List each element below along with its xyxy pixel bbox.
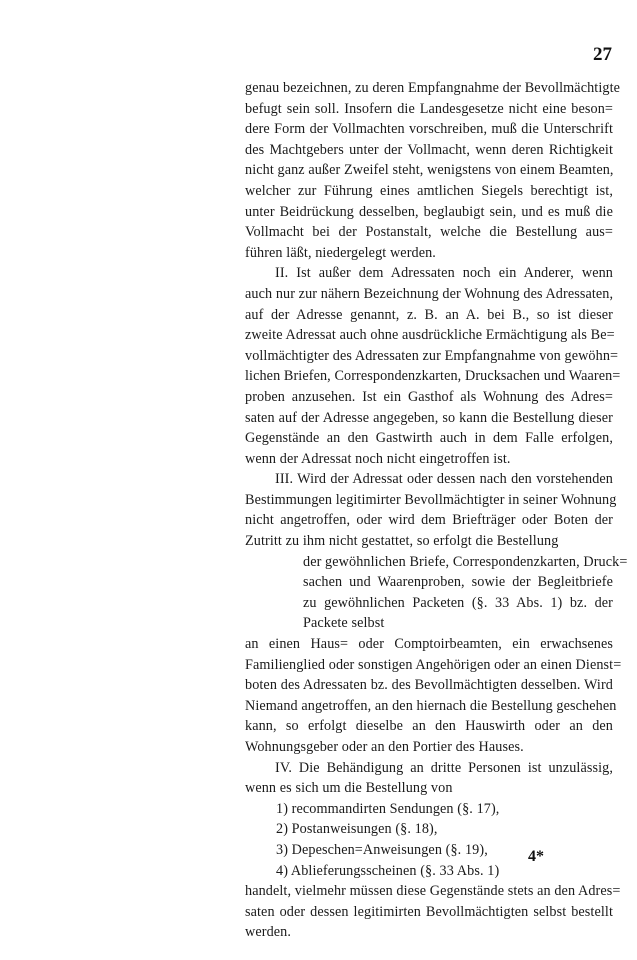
text-line: Gegenstände an den Gastwirth auch in dem… [245,428,613,449]
text-line: Vollmacht bei der Postanstalt, welche di… [245,222,613,243]
text-line: welcher zur Führung eines amtlichen Sieg… [245,181,613,202]
text-line: zu gewöhnlichen Packeten (§. 33 Abs. 1) … [245,593,613,614]
paragraph-section-iv: IV. Die Behändigung an dritte Personen i… [245,758,613,799]
text-line: proben anzusehen. Ist ein Gasthof als Wo… [245,387,613,408]
text-line: III. Wird der Adressat oder dessen nach … [245,469,613,490]
text-line: sachen und Waarenproben, sowie der Begle… [245,572,613,593]
text-line: lichen Briefen, Correspondenzkarten, Dru… [245,366,613,387]
text-line: IV. Die Behändigung an dritte Personen i… [245,758,613,779]
text-line: Zutritt zu ihm nicht gestattet, so erfol… [245,531,613,552]
section-iii-indented-block: der gewöhnlichen Briefe, Correspondenzka… [245,552,613,634]
list-item: 3) Depeschen=Anweisungen (§. 19), [245,840,613,861]
list-item: 4) Ablieferungsscheinen (§. 33 Abs. 1) [245,861,613,882]
text-line: werden. [245,922,613,943]
text-line: vollmächtigter des Adressaten zur Empfan… [245,346,613,367]
text-line: der gewöhnlichen Briefe, Correspondenzka… [245,552,613,573]
text-line: des Machtgebers unter der Vollmacht, wen… [245,140,613,161]
text-line: zweite Adressat auch ohne ausdrückliche … [245,325,613,346]
text-line: II. Ist außer dem Adressaten noch ein An… [245,263,613,284]
paragraph-continuation: genau bezeichnen, zu deren Empfangnahme … [245,78,613,263]
text-line: wenn der Adressat noch nicht eingetroffe… [245,449,613,470]
text-line: dere Form der Vollmachten vorschreiben, … [245,119,613,140]
text-line: genau bezeichnen, zu deren Empfangnahme … [245,78,613,99]
text-line: handelt, vielmehr müssen diese Gegenstän… [245,881,613,902]
text-line: Wohnungsgeber oder an den Portier des Ha… [245,737,613,758]
text-line: saten auf der Adresse angegeben, so kann… [245,408,613,429]
text-line: Packete selbst [245,613,613,634]
text-line: wenn es sich um die Bestellung von [245,778,613,799]
list-item: 2) Postanweisungen (§. 18), [245,819,613,840]
page-body: genau bezeichnen, zu deren Empfangnahme … [245,78,613,943]
paragraph-section-iii: III. Wird der Adressat oder dessen nach … [245,469,613,551]
text-line: auch nur zur nähern Bezeichnung der Wohn… [245,284,613,305]
text-line: kann, so erfolgt dieselbe an den Hauswir… [245,716,613,737]
text-line: Bestimmungen legitimirter Bevollmächtigt… [245,490,613,511]
text-line: Niemand angetroffen, an den hiernach die… [245,696,613,717]
text-line: führen läßt, niedergelegt werden. [245,243,613,264]
text-line: boten des Adressaten bz. des Bevollmächt… [245,675,613,696]
text-line: nicht ganz außer Zweifel steht, wenigste… [245,160,613,181]
paragraph-section-ii: II. Ist außer dem Adressaten noch ein An… [245,263,613,469]
text-line: nicht angetroffen, oder wird dem Brieftr… [245,510,613,531]
signature-mark: 4* [528,848,544,866]
page-number: 27 [593,44,612,66]
text-line: an einen Haus= oder Comptoirbeamten, ein… [245,634,613,655]
text-line: saten oder dessen legitimirten Bevollmäc… [245,902,613,923]
text-line: Familienglied oder sonstigen Angehörigen… [245,655,613,676]
text-line: auf der Adresse genannt, z. B. an A. bei… [245,305,613,326]
text-line: unter Beidrückung desselben, beglaubigt … [245,202,613,223]
section-iii-continuation: an einen Haus= oder Comptoirbeamten, ein… [245,634,613,758]
section-iv-continuation: handelt, vielmehr müssen diese Gegenstän… [245,881,613,943]
list-item: 1) recommandirten Sendungen (§. 17), [245,799,613,820]
text-line: befugt sein soll. Insofern die Landesges… [245,99,613,120]
section-iv-list: 1) recommandirten Sendungen (§. 17),2) P… [245,799,613,881]
